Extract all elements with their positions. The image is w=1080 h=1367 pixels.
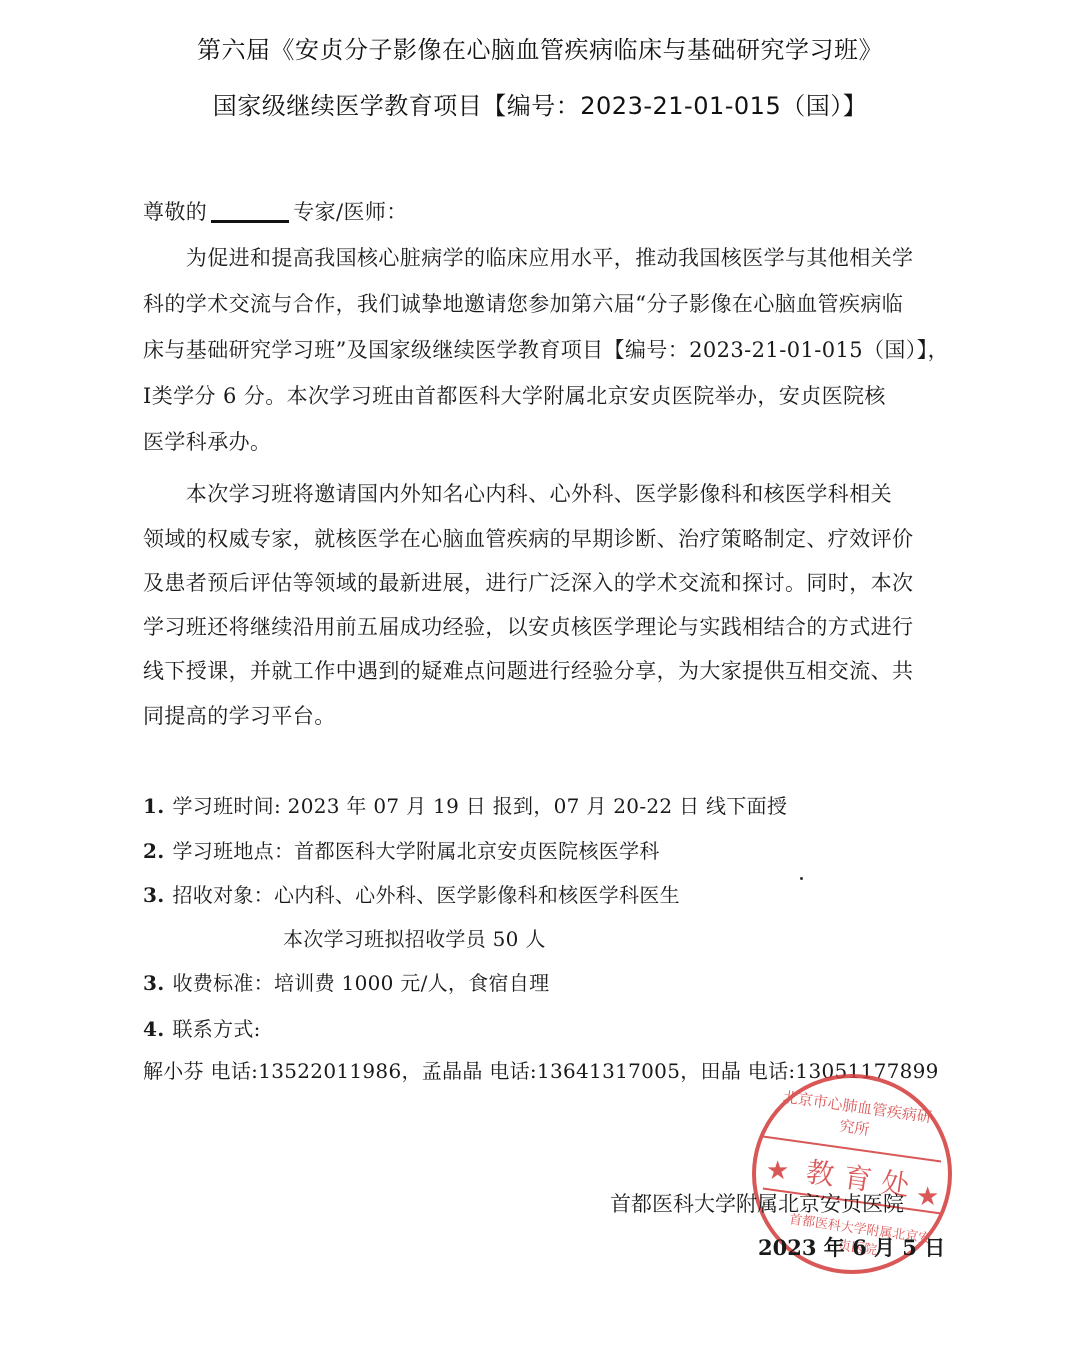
star-icon: ★ xyxy=(766,1156,789,1186)
paragraph-line: 领域的权威专家，就核医学在心脑血管疾病的早期诊断、治疗策略制定、疗效评价 xyxy=(143,523,913,553)
paragraph-line: 本次学习班将邀请国内外知名心内科、心外科、医学影像科和核医学科相关 xyxy=(143,478,892,508)
project-number-title: 国家级继续医学教育项目【编号：2023-21-01-015（国）】 xyxy=(0,86,1080,121)
paragraph-line: 床与基础研究学习班”及国家级继续医学教育项目【编号：2023-21-01-015… xyxy=(143,334,949,364)
paragraph-line: 学习班还将继续沿用前五届成功经验，以安贞核医学理论与实践相结合的方式进行 xyxy=(143,611,913,641)
list-item: 本次学习班拟招收学员 50 人 xyxy=(283,923,546,952)
paragraph-line: 线下授课，并就工作中遇到的疑难点问题进行经验分享，为大家提供互相交流、共 xyxy=(143,655,913,685)
seal-top-text: 北京市心肺血管疾病研究所 xyxy=(774,1085,938,1149)
paragraph-line: 同提高的学习平台。 xyxy=(143,700,336,730)
list-item: 3.收费标准：培训费 1000 元/人，食宿自理 xyxy=(143,967,549,996)
list-item: 1.学习班时间: 2023 年 07 月 19 日 报到，07 月 20-22 … xyxy=(143,790,787,819)
signature-date: 2023 年 6 月 5 日 xyxy=(758,1232,945,1262)
list-item: 3.招收对象：心内科、心外科、医学影像科和核医学科医生 xyxy=(143,879,680,908)
paragraph-line: I类学分 6 分。本次学习班由首都医科大学附属北京安贞医院举办，安贞医院核 xyxy=(143,380,886,410)
salutation: 尊敬的专家/医师： xyxy=(143,196,408,226)
signature-org: 首都医科大学附属北京安贞医院 xyxy=(610,1188,904,1218)
scan-speck xyxy=(800,877,803,880)
document-title: 第六届《安贞分子影像在心脑血管疾病临床与基础研究学习班》 xyxy=(0,30,1080,65)
paragraph-line: 及患者预后评估等领域的最新进展，进行广泛深入的学术交流和探讨。同时，本次 xyxy=(143,567,913,597)
list-item: 2.学习班地点：首都医科大学附属北京安贞医院核医学科 xyxy=(143,835,660,864)
paragraph-line: 医学科承办。 xyxy=(143,426,271,456)
paragraph-line: 为促进和提高我国核心脏病学的临床应用水平，推动我国核医学与其他相关学 xyxy=(143,242,913,272)
paragraph-line: 科的学术交流与合作，我们诚挚地邀请您参加第六届“分子影像在心脑血管疾病临 xyxy=(143,288,903,318)
list-item: 4.联系方式: xyxy=(143,1013,261,1042)
star-icon: ★ xyxy=(916,1182,939,1212)
salutation-suffix: 专家/医师： xyxy=(293,200,407,224)
name-blank xyxy=(211,198,289,223)
salutation-prefix: 尊敬的 xyxy=(143,200,207,224)
